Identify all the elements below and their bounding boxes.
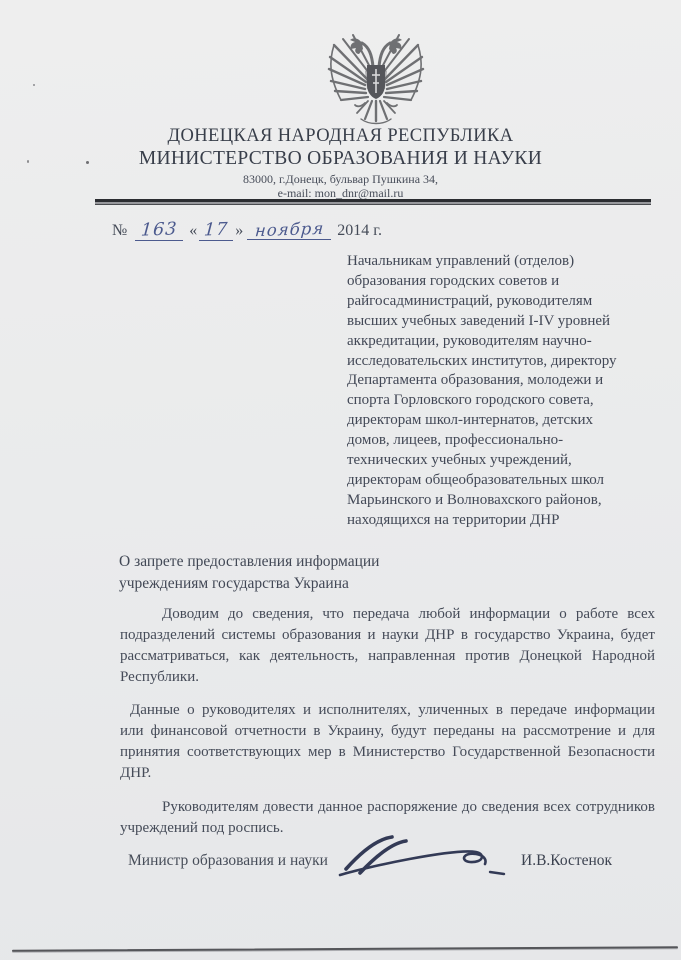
doc-number-handwritten: 163 — [135, 220, 183, 241]
addressee-line: аккредитации, руководителям научно- — [347, 332, 617, 352]
addressee-line: директорам школ-интернатов, детских — [347, 411, 617, 431]
number-sign-label: № — [112, 222, 127, 239]
addressee-line: Марьинского и Волновахского районов, — [347, 491, 617, 511]
close-quote: » — [235, 222, 243, 239]
addressee-line: образования городских советов и — [347, 272, 617, 292]
addressee-line: Начальникам управлений (отделов) — [347, 252, 617, 272]
page-bottom-edge — [12, 946, 678, 951]
date-year: 2014 г. — [337, 222, 382, 239]
subject-block: О запрете предоставления информации учре… — [119, 551, 379, 594]
body-paragraph: Данные о руководителях и исполнителях, у… — [120, 700, 655, 784]
letterhead-rule — [95, 199, 651, 205]
open-quote: « — [189, 222, 197, 239]
org-name-line1: ДОНЕЦКАЯ НАРОДНАЯ РЕСПУБЛИКА — [0, 126, 681, 147]
signer-name: И.В.Костенок — [521, 852, 612, 870]
minister-title: Министр образования и науки — [128, 852, 328, 870]
date-month-handwritten: ноября — [247, 220, 331, 240]
addressee-line: исследовательских институтов, директору — [347, 352, 617, 372]
addressee-line: спорта Горловского городского совета, — [347, 391, 617, 411]
addressee-line: Департамента образования, молодежи и — [347, 371, 617, 391]
addressee-block: Начальникам управлений (отделов) образов… — [347, 252, 617, 531]
addressee-line: райгосадминистраций, руководителям — [347, 292, 617, 312]
addressee-line: директорам общеобразовательных школ — [347, 471, 617, 491]
handwritten-signature — [336, 831, 514, 885]
addressee-line: высших учебных заведений I-IV уровней — [347, 312, 617, 332]
body-paragraph: Доводим до сведения, что передача любой … — [120, 604, 655, 688]
subject-line1: О запрете предоставления информации — [119, 551, 379, 573]
subject-line2: учреждениям государства Украина — [119, 573, 379, 595]
org-name-line2: МИНИСТЕРСТВО ОБРАЗОВАНИЯ И НАУКИ — [0, 148, 681, 170]
scan-speck — [33, 84, 35, 86]
addressee-line: домов, лицеев, профессионально- — [347, 431, 617, 451]
reference-number-line: №163«17»ноября2014 г. — [112, 220, 382, 241]
date-day-handwritten: 17 — [199, 220, 233, 241]
addressee-line: находящихся на территории ДНР — [347, 511, 617, 531]
addressee-line: технических учебных учреждений, — [347, 451, 617, 471]
letter-body: Доводим до сведения, что передача любой … — [120, 604, 655, 851]
scanned-letter-page: ДОНЕЦКАЯ НАРОДНАЯ РЕСПУБЛИКА МИНИСТЕРСТВ… — [0, 0, 681, 960]
double-headed-eagle-icon — [327, 26, 425, 138]
org-address: 83000, г.Донецк, бульвар Пушкина 34, — [0, 172, 681, 187]
